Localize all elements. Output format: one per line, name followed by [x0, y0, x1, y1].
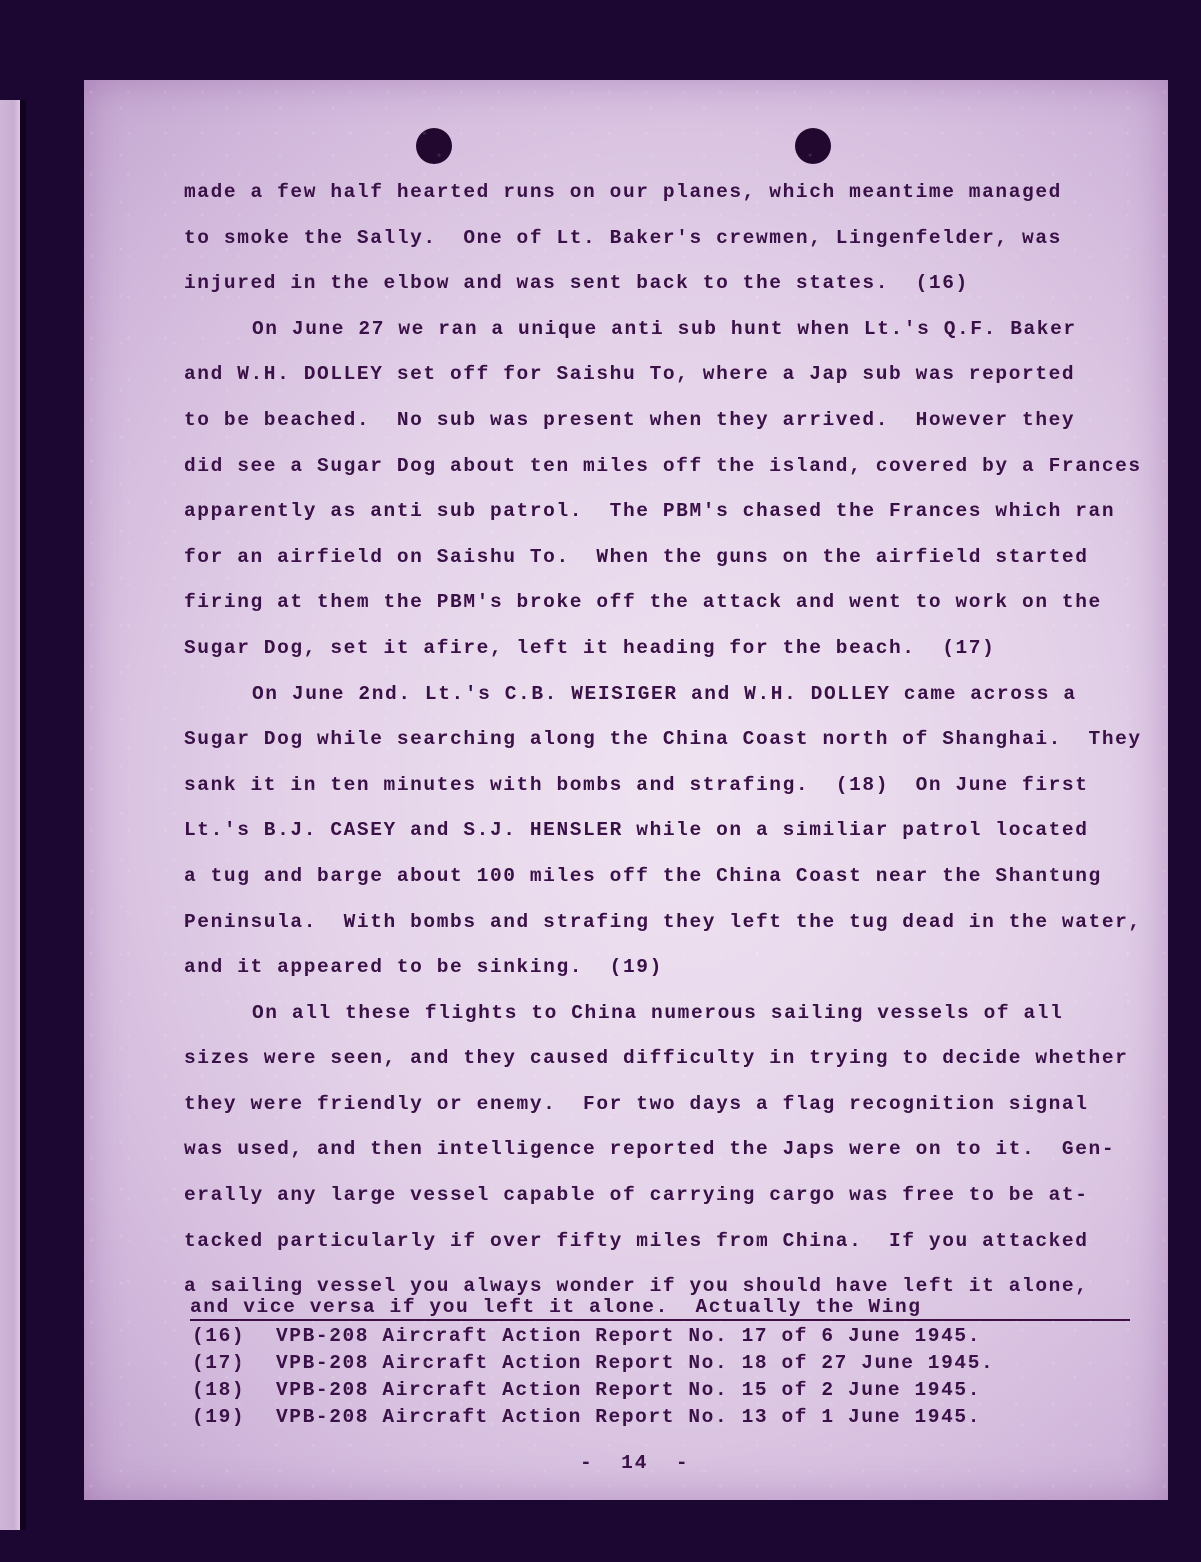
film-border — [20, 100, 26, 1530]
footnote-17: (17)VPB-208 Aircraft Action Report No. 1… — [192, 1350, 994, 1377]
body-line: to be beached. No sub was present when t… — [184, 398, 1174, 444]
adjacent-page-strip — [0, 100, 20, 1530]
footnote-separator-line: and vice versa if you left it alone. Act… — [190, 1295, 1130, 1321]
footnote-16: (16)VPB-208 Aircraft Action Report No. 1… — [192, 1323, 994, 1350]
body-line: a tug and barge about 100 miles off the … — [184, 854, 1174, 900]
punch-hole-right — [795, 128, 831, 164]
footnote-19: (19)VPB-208 Aircraft Action Report No. 1… — [192, 1404, 994, 1431]
body-line: sizes were seen, and they caused difficu… — [184, 1036, 1174, 1082]
body-line: sank it in ten minutes with bombs and st… — [184, 763, 1174, 809]
body-line: apparently as anti sub patrol. The PBM's… — [184, 489, 1174, 535]
body-text: made a few half hearted runs on our plan… — [184, 170, 1174, 1310]
document-page: made a few half hearted runs on our plan… — [84, 80, 1168, 1500]
footnote-18: (18)VPB-208 Aircraft Action Report No. 1… — [192, 1377, 994, 1404]
body-line: made a few half hearted runs on our plan… — [184, 170, 1174, 216]
footnote-number: (19) — [192, 1404, 276, 1431]
footnote-number: (16) — [192, 1323, 276, 1350]
body-line: Sugar Dog, set it afire, left it heading… — [184, 626, 1174, 672]
body-line: and W.H. DOLLEY set off for Saishu To, w… — [184, 352, 1174, 398]
body-line: firing at them the PBM's broke off the a… — [184, 580, 1174, 626]
body-line: to smoke the Sally. One of Lt. Baker's c… — [184, 216, 1174, 262]
body-line: Lt.'s B.J. CASEY and S.J. HENSLER while … — [184, 808, 1174, 854]
body-line: Sugar Dog while searching along the Chin… — [184, 717, 1174, 763]
body-line: erally any large vessel capable of carry… — [184, 1173, 1174, 1219]
footnote-text: VPB-208 Aircraft Action Report No. 15 of… — [276, 1379, 981, 1401]
body-line: was used, and then intelligence reported… — [184, 1127, 1174, 1173]
body-line: they were friendly or enemy. For two day… — [184, 1082, 1174, 1128]
footnotes: (16)VPB-208 Aircraft Action Report No. 1… — [192, 1323, 994, 1431]
body-line: for an airfield on Saishu To. When the g… — [184, 535, 1174, 581]
footnote-text: VPB-208 Aircraft Action Report No. 18 of… — [276, 1352, 994, 1374]
footnote-text: VPB-208 Aircraft Action Report No. 13 of… — [276, 1406, 981, 1428]
page-number: - 14 - — [580, 1452, 690, 1474]
paragraph-start-line: On all these flights to China numerous s… — [184, 991, 1174, 1037]
body-line: and it appeared to be sinking. (19) — [184, 945, 1174, 991]
body-line: Peninsula. With bombs and strafing they … — [184, 900, 1174, 946]
footnote-text: VPB-208 Aircraft Action Report No. 17 of… — [276, 1325, 981, 1347]
body-line: tacked particularly if over fifty miles … — [184, 1219, 1174, 1265]
body-line: injured in the elbow and was sent back t… — [184, 261, 1174, 307]
body-line: did see a Sugar Dog about ten miles off … — [184, 444, 1174, 490]
paragraph-start-line: On June 27 we ran a unique anti sub hunt… — [184, 307, 1174, 353]
paragraph-start-line: On June 2nd. Lt.'s C.B. WEISIGER and W.H… — [184, 672, 1174, 718]
footnote-number: (17) — [192, 1350, 276, 1377]
punch-hole-left — [416, 128, 452, 164]
footnote-number: (18) — [192, 1377, 276, 1404]
